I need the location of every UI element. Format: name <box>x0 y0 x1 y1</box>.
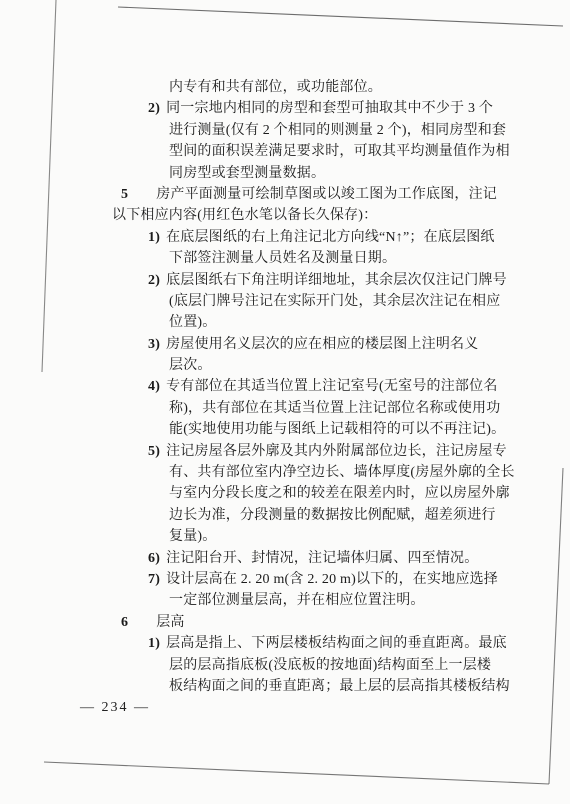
document-text: 内专有和共有部位，或功能部位。 2)同一宗地内相同的房型和套型可抽取其中不少于 … <box>0 77 570 719</box>
line-text: 有、共有部位室内净空边长、墙体厚度(房屋外廓的全长 <box>169 465 515 480</box>
item-number: 2) <box>148 273 160 288</box>
line-text: 复量)。 <box>169 529 216 544</box>
section-heading-line: 6层高 <box>0 612 570 633</box>
line-text: 同房型或套型测量数据。 <box>169 166 325 181</box>
line-text: 层高是指上、下两层楼板结构面之间的垂直距离。最底 <box>166 636 507 651</box>
text-line: 4)专有部位在其适当位置上注记室号(无室号的注部位名 <box>0 376 570 397</box>
text-line: 层的层高指底板(没底板的按地面)结构面至上一层楼 <box>0 655 570 676</box>
section-number: 6 <box>121 615 128 630</box>
line-text: 板结构面之间的垂直距离；最上层的层高指其楼板结构 <box>169 679 510 694</box>
line-text: 下部签注测量人员姓名及测量日期。 <box>169 251 396 266</box>
scanned-document-page: 内专有和共有部位，或功能部位。 2)同一宗地内相同的房型和套型可抽取其中不少于 … <box>0 0 570 804</box>
section-number: 5 <box>121 187 128 202</box>
item-number: 4) <box>148 379 160 394</box>
line-text: 称)，共有部位在其适当位置上注记部位名称或使用功 <box>169 401 500 416</box>
line-text: 层的层高指底板(没底板的按地面)结构面至上一层楼 <box>169 658 491 673</box>
text-line: 内专有和共有部位，或功能部位。 <box>0 77 570 98</box>
text-line: 3)房屋使用名义层次的应在相应的楼层图上注明名义 <box>0 334 570 355</box>
line-text: 同一宗地内相同的房型和套型可抽取其中不少于 3 个 <box>166 101 493 116</box>
line-text: 房屋使用名义层次的应在相应的楼层图上注明名义 <box>166 337 478 352</box>
text-line: 以下相应内容(用红色水笔以备长久保存)： <box>0 205 570 226</box>
line-text: 层次。 <box>169 358 212 373</box>
text-line: 能(实地使用功能与图纸上记载相符的可以不再注记)。 <box>0 419 570 440</box>
text-line: 称)，共有部位在其适当位置上注记部位名称或使用功 <box>0 398 570 419</box>
line-text: 位置)。 <box>169 315 216 330</box>
line-text: 注记阳台开、封情况，注记墙体归属、四至情况。 <box>166 551 478 566</box>
line-text: 房产平面测量可绘制草图或以竣工图为工作底图，注记 <box>156 187 497 202</box>
line-text: 层高 <box>156 615 184 630</box>
line-text: 进行测量(仅有 2 个相同的则测量 2 个)，相同房型和套 <box>169 123 506 138</box>
text-line: 5)注记房屋各层外廓及其内外附属部位边长，注记房屋专 <box>0 441 570 462</box>
text-line: 2)同一宗地内相同的房型和套型可抽取其中不少于 3 个 <box>0 98 570 119</box>
text-line: 1)层高是指上、下两层楼板结构面之间的垂直距离。最底 <box>0 633 570 654</box>
text-line: 一定部位测量层高，并在相应位置注明。 <box>0 590 570 611</box>
text-line: 进行测量(仅有 2 个相同的则测量 2 个)，相同房型和套 <box>0 120 570 141</box>
item-number: 1) <box>148 636 160 651</box>
text-line: 7)设计层高在 2. 20 m(含 2. 20 m)以下的，在实地应选择 <box>0 569 570 590</box>
line-text: 内专有和共有部位，或功能部位。 <box>169 80 382 95</box>
page-number: — 234 — <box>0 697 570 718</box>
line-text: 底层图纸右下角注明详细地址，其余层次仅注记门牌号 <box>166 273 507 288</box>
text-line: 6)注记阳台开、封情况，注记墙体归属、四至情况。 <box>0 548 570 569</box>
text-line: 与室内分段长度之和的较差在限差内时，应以房屋外廓 <box>0 483 570 504</box>
line-text: 一定部位测量层高，并在相应位置注明。 <box>169 593 425 608</box>
line-text: 能(实地使用功能与图纸上记载相符的可以不再注记)。 <box>169 422 505 437</box>
text-line: 有、共有部位室内净空边长、墙体厚度(房屋外廓的全长 <box>0 462 570 483</box>
text-line: 位置)。 <box>0 312 570 333</box>
line-text: 在底层图纸的右上角注记北方向线“N↑”；在底层图纸 <box>166 230 495 245</box>
item-number: 1) <box>148 230 160 245</box>
page-edge-bottom <box>44 762 549 784</box>
item-number: 3) <box>148 337 160 352</box>
text-line: 板结构面之间的垂直距离；最上层的层高指其楼板结构 <box>0 676 570 697</box>
text-line: 型间的面积误差满足要求时，可取其平均测量值作为相 <box>0 141 570 162</box>
section-heading-line: 5房产平面测量可绘制草图或以竣工图为工作底图，注记 <box>0 184 570 205</box>
text-line: 层次。 <box>0 355 570 376</box>
item-number: 6) <box>148 551 160 566</box>
line-text: (底层门牌号注记在实际开门处，其余层次注记在相应 <box>169 294 500 309</box>
text-line: 复量)。 <box>0 526 570 547</box>
line-text: 与室内分段长度之和的较差在限差内时，应以房屋外廓 <box>169 486 510 501</box>
page-edge-top <box>118 7 563 26</box>
item-number: 2) <box>148 101 160 116</box>
line-text: 专有部位在其适当位置上注记室号(无室号的注部位名 <box>166 379 497 394</box>
item-number: 7) <box>148 572 160 587</box>
line-text: 边长为准，分段测量的数据按比例配赋，超差须进行 <box>169 508 496 523</box>
line-text: 注记房屋各层外廓及其内外附属部位边长，注记房屋专 <box>166 444 507 459</box>
line-text: 以下相应内容(用红色水笔以备长久保存)： <box>112 208 377 223</box>
text-line: 边长为准，分段测量的数据按比例配赋，超差须进行 <box>0 505 570 526</box>
item-number: 5) <box>148 444 160 459</box>
text-line: 同房型或套型测量数据。 <box>0 163 570 184</box>
line-text: 设计层高在 2. 20 m(含 2. 20 m)以下的，在实地应选择 <box>166 572 498 587</box>
text-line: 2)底层图纸右下角注明详细地址，其余层次仅注记门牌号 <box>0 270 570 291</box>
text-line: (底层门牌号注记在实际开门处，其余层次注记在相应 <box>0 291 570 312</box>
line-text: 型间的面积误差满足要求时，可取其平均测量值作为相 <box>169 144 510 159</box>
text-line: 1)在底层图纸的右上角注记北方向线“N↑”；在底层图纸 <box>0 227 570 248</box>
text-line: 下部签注测量人员姓名及测量日期。 <box>0 248 570 269</box>
